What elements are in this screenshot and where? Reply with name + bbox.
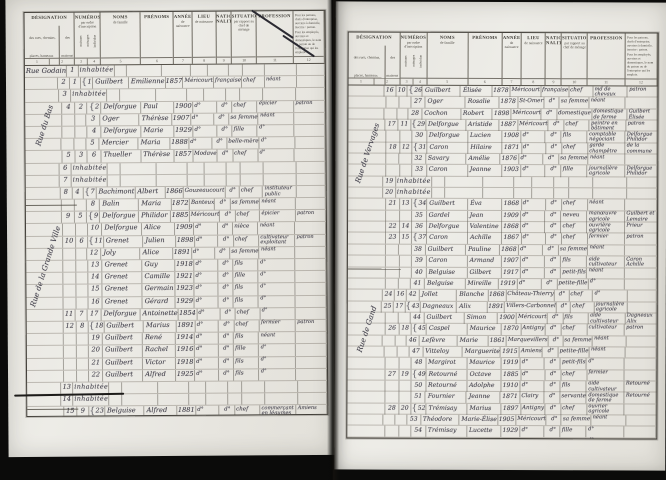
- cell-rue: [27, 309, 64, 320]
- cell-rue: [348, 85, 384, 96]
- cell-in: {9: [87, 212, 101, 223]
- obs-note-1: Pour les patrons, chefs d'entreprise, ou…: [625, 35, 656, 52]
- col-header-designation: DÉSIGNATION des rues, chemins, places, h…: [25, 13, 76, 65]
- cell-rue: [26, 297, 63, 308]
- household-brace: {: [412, 324, 418, 334]
- cell-an: 1907: [501, 256, 521, 267]
- cell-si: neveu: [561, 211, 587, 222]
- cell-pr: [265, 64, 297, 75]
- cell-me: [400, 267, 413, 277]
- cell-pre: Julien: [143, 236, 176, 247]
- col-number: 7: [174, 58, 192, 64]
- situation-title: SITUATION: [232, 13, 256, 18]
- cell-rue: [27, 322, 64, 333]
- designation-sub-rues: des rues, chemins, places, hameaux: [353, 54, 380, 77]
- cell-rue: [348, 335, 383, 345]
- cell-ob: [295, 137, 325, 148]
- cell-rue: [27, 358, 64, 369]
- cell-li: [206, 381, 228, 392]
- cell-nom: Joly: [101, 248, 140, 259]
- cell-pr: commerçant en légumes: [260, 405, 296, 416]
- cell-in: {26: [408, 86, 423, 97]
- cell-nom: Delforgue: [426, 120, 466, 131]
- cell-li: d°: [197, 308, 220, 319]
- cell-nom: Retourné: [426, 381, 467, 392]
- cell-ma: [387, 131, 400, 142]
- cell-an: 1861: [489, 336, 507, 346]
- cell-ob: [296, 88, 325, 99]
- cell-si: chef: [232, 101, 257, 112]
- numeros-title: NUMÉROS: [400, 35, 426, 40]
- cell-nom: Delforgue: [101, 309, 140, 320]
- cell-in: 3: [87, 114, 101, 125]
- designation-sub-rues: des rues, chemins, places, hameaux: [28, 35, 55, 58]
- lieu-sub: de naissance: [193, 19, 215, 24]
- cell-si: fils: [234, 357, 259, 368]
- col-number: 8: [522, 79, 545, 85]
- cell-pre: Alice: [142, 223, 175, 234]
- cell-in: {34: [412, 199, 427, 209]
- cell-pre: [159, 394, 189, 405]
- cell-an: [189, 394, 207, 405]
- cell-ma: [386, 392, 399, 403]
- cell-an: [187, 162, 205, 173]
- col-number: 10: [562, 79, 587, 85]
- cell-pre: Colette: [467, 438, 501, 439]
- cell-me: 3: [76, 151, 88, 162]
- cell-rue: [27, 334, 64, 345]
- cell-an: 1868: [502, 222, 522, 233]
- cell-na: d°: [545, 426, 561, 436]
- cell-na: d°: [218, 284, 234, 295]
- numeros-sub-maisons: maisons: [78, 25, 82, 58]
- cell-pre: [483, 177, 514, 187]
- cell-si: fille: [561, 427, 587, 437]
- cell-ma: 12: [64, 322, 77, 333]
- cell-si: fille: [234, 345, 259, 356]
- cell-li: d°: [521, 370, 545, 380]
- cell-nom: Guilbert: [426, 245, 467, 255]
- cell-an: 1897: [501, 404, 521, 415]
- cell-ma: 3: [59, 90, 71, 101]
- cell-rue: [348, 199, 386, 209]
- obs-note-2: Pour les employés, ouvriers et domestiqu…: [625, 53, 656, 78]
- cell-nom: Guilbert: [427, 199, 468, 209]
- cell-si: fils: [563, 313, 588, 324]
- cell-ma: [384, 108, 397, 119]
- cell-rue: [348, 97, 386, 107]
- cell-si: petit-fils: [561, 358, 587, 368]
- cell-in: {7: [84, 187, 97, 198]
- cell-me: 8: [77, 322, 89, 333]
- cell-in: 38: [411, 245, 425, 255]
- lieu-sub: de naissance: [522, 40, 545, 45]
- cell-na: d°: [555, 290, 570, 300]
- cell-ma: [62, 139, 75, 150]
- col-number: 11: [257, 57, 292, 63]
- cell-na: d°: [220, 406, 236, 416]
- cell-pre: Alix: [457, 301, 487, 312]
- cell-in: {31: [412, 142, 427, 153]
- cell-ma: 20: [383, 188, 395, 198]
- numeros-sub-menages: ménages: [411, 45, 415, 78]
- cell-rue: [27, 383, 61, 394]
- cell-in: 30: [413, 131, 427, 142]
- cell-me: [399, 426, 412, 436]
- cell-pre: Victor: [143, 357, 176, 368]
- cell-li: [205, 162, 227, 173]
- cell-pre: Lucien: [468, 131, 502, 142]
- cell-pr: d°: [259, 271, 295, 282]
- cell-pr: d°: [259, 344, 295, 355]
- cell-si: fils: [561, 381, 587, 392]
- cell-na: d°: [545, 370, 561, 380]
- cell-li: d°: [195, 345, 218, 356]
- cell-pre: Jeanne: [467, 392, 501, 403]
- cell-ma: [63, 224, 76, 235]
- cell-pre: Blanche: [457, 290, 488, 300]
- cell-pr: ouvrière agricole: [587, 222, 625, 233]
- cell-li: d°: [521, 222, 545, 233]
- cell-pr: d°: [587, 438, 625, 439]
- cell-ob: patron: [295, 210, 325, 221]
- cell-me: 2: [75, 102, 87, 113]
- cell-na: d°: [218, 223, 234, 234]
- cell-li: d°: [521, 211, 545, 222]
- cell-si: chef: [562, 143, 588, 154]
- cell-pr: d°: [259, 259, 295, 270]
- cell-si: chef: [564, 120, 589, 131]
- cell-si: [242, 393, 265, 404]
- cell-nom: Trémisay: [426, 426, 467, 436]
- cell-rue: [348, 222, 386, 233]
- cell-pr: d°: [587, 359, 625, 369]
- cell-ma: [386, 256, 399, 267]
- cell-me: 17: [394, 301, 405, 312]
- cell-si: sa femme: [231, 198, 260, 209]
- cell-ma: [386, 244, 399, 254]
- cell-in: {23: [89, 407, 105, 416]
- cell-an: 1881: [177, 406, 196, 416]
- cell-an: 1909: [502, 211, 522, 222]
- household-brace: {: [412, 369, 418, 379]
- cell-na: [226, 174, 240, 185]
- cell-pr: [593, 177, 628, 187]
- cell-me: 9: [77, 407, 89, 416]
- cell-in: 42: [407, 290, 420, 300]
- cell-na: [226, 162, 240, 173]
- cell-an: 1871: [501, 392, 521, 403]
- cell-an: 1870: [502, 324, 522, 334]
- cell-nom: [122, 382, 159, 393]
- cell-in: 19: [89, 334, 103, 345]
- cell-in: 54: [412, 426, 426, 436]
- cell-nom: [445, 188, 483, 198]
- street-name-inline: Rue Godain: [25, 66, 67, 77]
- cell-ob: [628, 177, 658, 187]
- cell-pr: d°: [593, 291, 627, 301]
- cell-ma: 27: [386, 369, 399, 379]
- cell-ma: [64, 370, 77, 381]
- household-brace: {: [412, 142, 418, 152]
- cell-li: Méricourt: [518, 120, 549, 131]
- cell-rue: [26, 261, 63, 272]
- cell-pr: néant: [590, 347, 626, 357]
- cell-ob: [299, 393, 328, 404]
- vacant-note: inhabitée: [73, 382, 109, 393]
- cell-rue: [26, 175, 60, 186]
- cell-an: 1857: [166, 77, 184, 88]
- cell-me: [400, 256, 413, 267]
- cell-me: [77, 285, 89, 296]
- cell-in: 28: [409, 108, 422, 119]
- cell-ob: [296, 356, 327, 367]
- situation-sub: par rapport au chef de ménage: [232, 18, 256, 32]
- cell-in: {29: [411, 120, 426, 131]
- cell-li: d°: [519, 154, 543, 164]
- cell-ob: Guilbert Élisée: [627, 109, 657, 120]
- cell-si: chef: [569, 290, 593, 300]
- cell-in: {18: [89, 321, 105, 332]
- col-header-designation: DÉSIGNATION des rues, chemins, places, h…: [349, 32, 401, 84]
- cell-li: Clairy: [520, 392, 544, 403]
- cell-in: 27: [411, 97, 425, 107]
- cell-pr: [265, 393, 298, 404]
- register-row: 159{23BelguiseAlfred1881d°d°chefcommerça…: [27, 405, 327, 416]
- cell-na: d°: [557, 302, 571, 313]
- cell-pr: épicier: [260, 210, 296, 221]
- cell-rue: [348, 278, 386, 288]
- cell-na: d°: [542, 109, 557, 120]
- cell-li: d°: [194, 223, 217, 234]
- cell-pre: [483, 188, 514, 198]
- vacant-note: inhabitée: [71, 90, 107, 101]
- cell-an: 1878: [499, 97, 518, 107]
- cell-in: 8: [87, 200, 101, 211]
- cell-pr: manœuvre agricole: [587, 211, 625, 222]
- cell-in: [432, 188, 445, 198]
- cell-si: belle-mère: [227, 137, 259, 148]
- cell-pr: d°: [259, 284, 295, 295]
- cell-an: 1854: [179, 309, 198, 320]
- cell-in: [108, 163, 121, 174]
- cell-an: 1891: [173, 248, 192, 259]
- cell-na: d°: [542, 279, 558, 289]
- cell-nom: [120, 89, 157, 100]
- cell-rue: [348, 165, 386, 176]
- cell-nom: Fournier: [426, 392, 467, 403]
- cell-me: [399, 244, 411, 254]
- cell-na: d°: [545, 256, 561, 267]
- cell-pre: Thérèse: [141, 150, 174, 161]
- noms-sub: de famille: [101, 19, 140, 24]
- cell-pre: Emilienne: [129, 77, 166, 88]
- cell-pre: Paul: [141, 102, 174, 113]
- cell-li: d°: [195, 272, 218, 283]
- cell-me: [397, 347, 409, 357]
- table-body: 1610{26GuilbertÉlisée1878Méricourtfrança…: [347, 85, 657, 438]
- cell-rue: [348, 256, 386, 267]
- cell-si: fils: [234, 296, 259, 307]
- cell-li: Villers-Carbonnel: [505, 302, 557, 313]
- cell-ma: 14: [61, 395, 73, 406]
- cell-ma: [383, 415, 396, 425]
- cell-ob: [628, 189, 658, 199]
- cell-li: d°: [189, 138, 212, 149]
- cell-na: [229, 64, 243, 75]
- cell-nom: [445, 177, 483, 187]
- cell-na: d°: [218, 296, 234, 307]
- cell-ma: [386, 154, 399, 164]
- cell-na: d°: [225, 186, 240, 197]
- cell-pr: néant: [264, 76, 297, 87]
- cell-li: Méricourt: [183, 77, 214, 88]
- cell-rue: [348, 131, 386, 142]
- col-number: 1: [25, 59, 50, 65]
- cell-in: 13: [89, 260, 103, 271]
- cell-si: sa femme: [229, 113, 258, 124]
- cell-li: d°: [519, 245, 543, 255]
- cell-li: d°: [195, 296, 218, 307]
- cell-an: 1909: [175, 223, 194, 234]
- cell-me: 5: [75, 212, 87, 223]
- cell-nom: Gardel: [427, 211, 468, 222]
- cell-nom: Mercier: [100, 138, 139, 149]
- cell-me: [399, 278, 411, 288]
- col-number: 2: [374, 78, 399, 84]
- nat-title-2: NALITÉ: [216, 19, 231, 24]
- cell-si: sa femme: [559, 154, 588, 164]
- cell-in: {11: [88, 236, 104, 247]
- cell-rue: [25, 115, 62, 126]
- cell-me: [77, 358, 89, 369]
- cell-na: d°: [545, 404, 561, 415]
- cell-pre: Maria: [139, 138, 171, 149]
- cell-pre: [158, 382, 188, 393]
- cell-ob: [295, 271, 326, 282]
- cell-li: d°: [521, 438, 545, 439]
- cell-si: chef: [561, 404, 587, 415]
- cell-na: d°: [546, 200, 562, 210]
- cell-li: [205, 174, 227, 185]
- cell-nom: Bachimont: [96, 187, 135, 198]
- right-page-table: DÉSIGNATION des rues, chemins, places, h…: [346, 31, 658, 439]
- cell-an: 1917: [501, 268, 521, 278]
- cell-na: d°: [543, 245, 559, 255]
- cell-si: [569, 188, 593, 198]
- cell-nom: Guilbert: [103, 333, 143, 344]
- cell-pr: d°: [259, 296, 295, 307]
- cell-an: [187, 89, 205, 100]
- cell-na: [554, 177, 569, 187]
- cell-si: chef: [236, 308, 261, 319]
- cell-rue: [348, 119, 385, 130]
- cell-si: [569, 177, 593, 187]
- cell-li: d°: [521, 268, 545, 278]
- cell-pr: garde champêtre: [588, 143, 625, 154]
- cell-nom: Delforgue: [101, 102, 141, 113]
- left-page: DÉSIGNATION des rues, chemins, places, h…: [5, 0, 334, 457]
- col-header-numeros: NUMÉROS par ordre d'inscription maisons …: [75, 12, 101, 64]
- cell-pr: d°: [260, 308, 296, 319]
- cell-ob: patron: [295, 235, 326, 246]
- cell-ma: [386, 358, 399, 368]
- cell-in: 32: [412, 154, 426, 164]
- cell-nom: [120, 163, 157, 174]
- col-header-lieu: LIEU de naissance 8: [193, 12, 217, 64]
- cell-an: [191, 65, 208, 76]
- cell-nom: Grenet: [103, 272, 143, 283]
- cell-me: [400, 165, 413, 176]
- cell-pre: [162, 65, 191, 76]
- cell-pre: Élisée: [461, 86, 492, 97]
- cell-ob: [627, 291, 656, 301]
- household-brace: {: [89, 321, 95, 331]
- col-header-profession: PROFESSION 11: [588, 33, 626, 85]
- cell-si: chef: [561, 324, 587, 334]
- cell-in: 14: [89, 273, 103, 284]
- cell-ma: 19: [384, 176, 396, 186]
- cell-an: 1885: [171, 211, 190, 222]
- cell-li: Antigny: [521, 404, 545, 415]
- cell-si: [240, 89, 263, 100]
- cell-an: 1866: [166, 187, 184, 198]
- cell-ob: [626, 98, 658, 108]
- cell-me: [77, 273, 89, 284]
- cell-pre: Éva: [468, 199, 502, 209]
- cell-ob: patron: [296, 320, 327, 331]
- cell-ma: [62, 114, 75, 125]
- cell-in: 51: [412, 392, 426, 403]
- cell-pr: d°: [260, 137, 296, 148]
- vacant-note: inhabitée: [72, 163, 108, 174]
- cell-me: [77, 261, 89, 272]
- table-header: DÉSIGNATION des rues, chemins, places, h…: [349, 32, 658, 86]
- cell-in: 44: [411, 313, 425, 324]
- cell-pr: md de chevaux: [593, 86, 628, 97]
- cell-rue: [348, 154, 386, 164]
- prenoms-title: PRÉNOMS: [468, 35, 501, 40]
- cell-an: 1927: [501, 438, 521, 439]
- cell-ma: 26: [386, 324, 399, 334]
- cell-ob: [625, 154, 657, 164]
- cell-rue: [347, 426, 385, 436]
- cell-in: {49: [412, 369, 427, 379]
- cell-si: domestique: [557, 109, 592, 120]
- cell-me: [74, 139, 86, 150]
- cell-na: d°: [544, 392, 560, 403]
- col-number: 4: [88, 58, 100, 64]
- table-header: DÉSIGNATION des rues, chemins, places, h…: [25, 11, 325, 66]
- col-header-annee: ANNÉE de naissance 7: [502, 33, 522, 85]
- cell-an: 1908: [502, 131, 522, 142]
- col-number: 9: [216, 58, 231, 64]
- cell-nom: Lefèvre: [420, 335, 458, 345]
- cell-ma: [385, 347, 398, 357]
- cell-an: 1918: [175, 260, 194, 271]
- cell-pr: comptable négociant: [588, 132, 626, 143]
- cell-nom: Trémisay: [426, 437, 467, 438]
- col-number: 5: [427, 79, 467, 85]
- cell-me: 6: [76, 236, 88, 247]
- cell-rue: [27, 370, 64, 381]
- cell-nom: Belguise: [105, 406, 145, 416]
- cell-li: St-Omer: [518, 97, 544, 107]
- cell-ob: [625, 268, 657, 278]
- cell-nom: Guilbert: [103, 358, 143, 369]
- cell-me: [399, 154, 411, 164]
- cell-pr: néant: [588, 154, 625, 164]
